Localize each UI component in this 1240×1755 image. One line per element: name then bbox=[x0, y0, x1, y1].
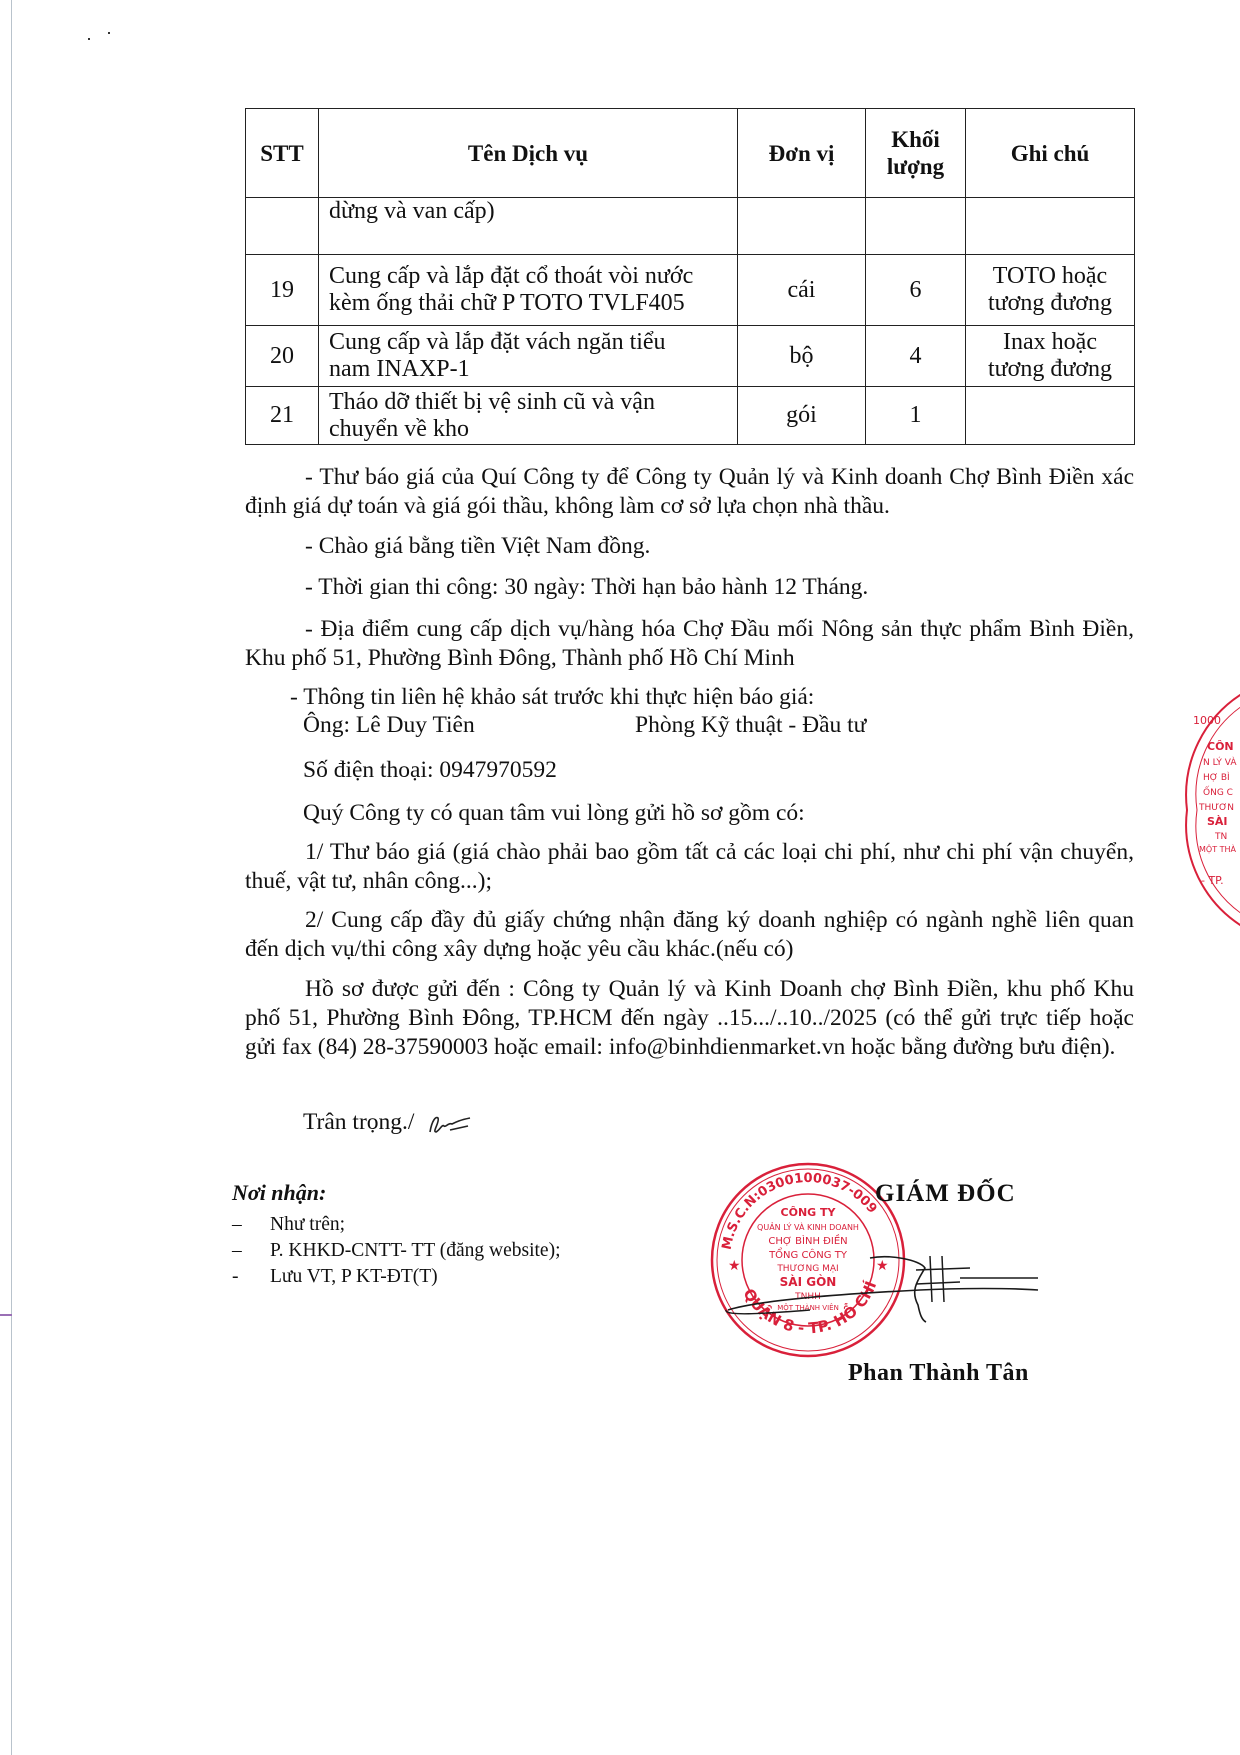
signatory-title: GIÁM ĐỐC bbox=[875, 1180, 1016, 1208]
cell-qty: 4 bbox=[866, 326, 966, 387]
cell-stt: 19 bbox=[246, 255, 319, 326]
header-quantity: Khối lượng bbox=[866, 109, 966, 198]
header-stt: STT bbox=[246, 109, 319, 198]
svg-text:THƯƠN: THƯƠN bbox=[1198, 803, 1234, 813]
cell-service: dừng và van cấp) bbox=[319, 198, 738, 255]
service-line: chuyển về kho bbox=[329, 416, 469, 442]
note-line: TOTO hoặc bbox=[993, 263, 1107, 289]
cell-unit: gói bbox=[738, 387, 866, 445]
cell-stt bbox=[246, 198, 319, 255]
note-line: Inax hoặc bbox=[1003, 329, 1097, 355]
svg-text:- TP.: - TP. bbox=[1201, 874, 1224, 887]
cell-note bbox=[966, 198, 1135, 255]
svg-text:N LÝ VÀ: N LÝ VÀ bbox=[1203, 756, 1237, 768]
svg-text:TN: TN bbox=[1214, 832, 1227, 842]
cell-unit bbox=[738, 198, 866, 255]
recipients-title: Nơi nhận: bbox=[232, 1180, 326, 1206]
cell-qty: 1 bbox=[866, 387, 966, 445]
closing: Trân trọng./ bbox=[303, 1108, 414, 1137]
svg-text:1000: 1000 bbox=[1193, 714, 1221, 727]
cell-note bbox=[966, 387, 1135, 445]
request-item-1: 1/ Thư báo giá (giá chào phải bao gồm tấ… bbox=[245, 838, 1134, 896]
cell-note: TOTO hoặc tương đương bbox=[966, 255, 1135, 326]
svg-text:CÔNG TY: CÔNG TY bbox=[781, 1206, 837, 1219]
svg-text:MỘT THÀ: MỘT THÀ bbox=[1199, 843, 1237, 854]
contact-phone: Số điện thoại: 0947970592 bbox=[303, 756, 557, 785]
header-service: Tên Dịch vụ bbox=[319, 109, 738, 198]
table-row: 20 Cung cấp và lắp đặt vách ngăn tiểu na… bbox=[246, 326, 1135, 387]
paragraph-currency: - Chào giá bằng tiền Việt Nam đồng. bbox=[245, 532, 1134, 561]
cell-stt: 21 bbox=[246, 387, 319, 445]
recipient-item: –Như trên; bbox=[232, 1212, 345, 1238]
table-row-continuation: dừng và van cấp) bbox=[246, 198, 1135, 255]
header-unit: Đơn vị bbox=[738, 109, 866, 198]
cell-stt: 20 bbox=[246, 326, 319, 387]
header-quantity-line2: lượng bbox=[887, 154, 944, 179]
cell-unit: bộ bbox=[738, 326, 866, 387]
cell-service: Cung cấp và lắp đặt cổ thoát vòi nước kè… bbox=[319, 255, 738, 326]
scan-speck bbox=[108, 32, 110, 34]
cell-unit: cái bbox=[738, 255, 866, 326]
table-row: 19 Cung cấp và lắp đặt cổ thoát vòi nước… bbox=[246, 255, 1135, 326]
cell-service: Tháo dỡ thiết bị vệ sinh cũ và vận chuyể… bbox=[319, 387, 738, 445]
note-line: tương đương bbox=[988, 290, 1112, 316]
svg-text:CÔN: CÔN bbox=[1207, 740, 1234, 753]
recipient-item: -Lưu VT, P KT-ĐT(T) bbox=[232, 1264, 438, 1290]
svg-text:ỐNG C: ỐNG C bbox=[1203, 785, 1233, 798]
svg-text:QUẢN LÝ VÀ KINH DOANH: QUẢN LÝ VÀ KINH DOANH bbox=[757, 1221, 859, 1232]
service-line: Tháo dỡ thiết bị vệ sinh cũ và vận bbox=[329, 389, 655, 415]
cell-qty bbox=[866, 198, 966, 255]
paragraph-purpose: - Thư báo giá của Quí Công ty để Công ty… bbox=[245, 463, 1134, 521]
svg-text:HỢ BÌ: HỢ BÌ bbox=[1203, 771, 1230, 783]
service-line: nam INAXP-1 bbox=[329, 356, 470, 382]
recipient-text: P. KHKD-CNTT- TT (đăng website); bbox=[270, 1240, 561, 1261]
paragraph-duration: - Thời gian thi công: 30 ngày: Thời hạn … bbox=[245, 573, 1134, 602]
contact-person: Ông: Lê Duy Tiên bbox=[303, 711, 475, 740]
paragraph-location: - Địa điểm cung cấp dịch vụ/hàng hóa Chợ… bbox=[245, 615, 1134, 673]
request-intro: Quý Công ty có quan tâm vui lòng gửi hồ … bbox=[303, 799, 805, 828]
service-line: kèm ống thải chữ P TOTO TVLF405 bbox=[329, 290, 685, 316]
svg-text:SÀI: SÀI bbox=[1207, 815, 1228, 828]
contact-department: Phòng Kỹ thuật - Đầu tư bbox=[635, 711, 866, 740]
header-note: Ghi chú bbox=[966, 109, 1135, 198]
table-header-row: STT Tên Dịch vụ Đơn vị Khối lượng Ghi ch… bbox=[246, 109, 1135, 198]
scan-edge-tick bbox=[0, 1314, 12, 1316]
service-line: Cung cấp và lắp đặt cổ thoát vòi nước bbox=[329, 263, 693, 289]
scan-edge-line bbox=[11, 0, 12, 1755]
recipient-text: Như trên; bbox=[270, 1214, 345, 1235]
table-row: 21 Tháo dỡ thiết bị vệ sinh cũ và vận ch… bbox=[246, 387, 1135, 445]
contact-intro: - Thông tin liên hệ khảo sát trước khi t… bbox=[290, 683, 814, 712]
note-line: tương đương bbox=[988, 356, 1112, 382]
signatory-name: Phan Thành Tân bbox=[848, 1360, 1029, 1387]
submission-info: Hồ sơ được gửi đến : Công ty Quản lý và … bbox=[245, 975, 1134, 1062]
scan-speck bbox=[88, 38, 90, 40]
cell-service: Cung cấp và lắp đặt vách ngăn tiểu nam I… bbox=[319, 326, 738, 387]
request-item-2: 2/ Cung cấp đầy đủ giấy chứng nhận đăng … bbox=[245, 906, 1134, 964]
service-line: Cung cấp và lắp đặt vách ngăn tiểu bbox=[329, 329, 666, 355]
director-signature-icon bbox=[720, 1250, 1040, 1340]
header-quantity-line1: Khối bbox=[891, 127, 940, 152]
recipient-text: Lưu VT, P KT-ĐT(T) bbox=[270, 1266, 438, 1287]
svg-text:CHỢ BÌNH ĐIỀN: CHỢ BÌNH ĐIỀN bbox=[768, 1233, 847, 1247]
cell-qty: 6 bbox=[866, 255, 966, 326]
edge-seal-stamp-icon: 1000 CÔN N LÝ VÀ HỢ BÌ ỐNG C THƯƠN SÀI T… bbox=[1185, 690, 1240, 930]
cell-note: Inax hoặc tương đương bbox=[966, 326, 1135, 387]
initials-signature-icon bbox=[426, 1110, 474, 1138]
recipient-item: –P. KHKD-CNTT- TT (đăng website); bbox=[232, 1238, 561, 1264]
services-table: STT Tên Dịch vụ Đơn vị Khối lượng Ghi ch… bbox=[245, 108, 1135, 445]
